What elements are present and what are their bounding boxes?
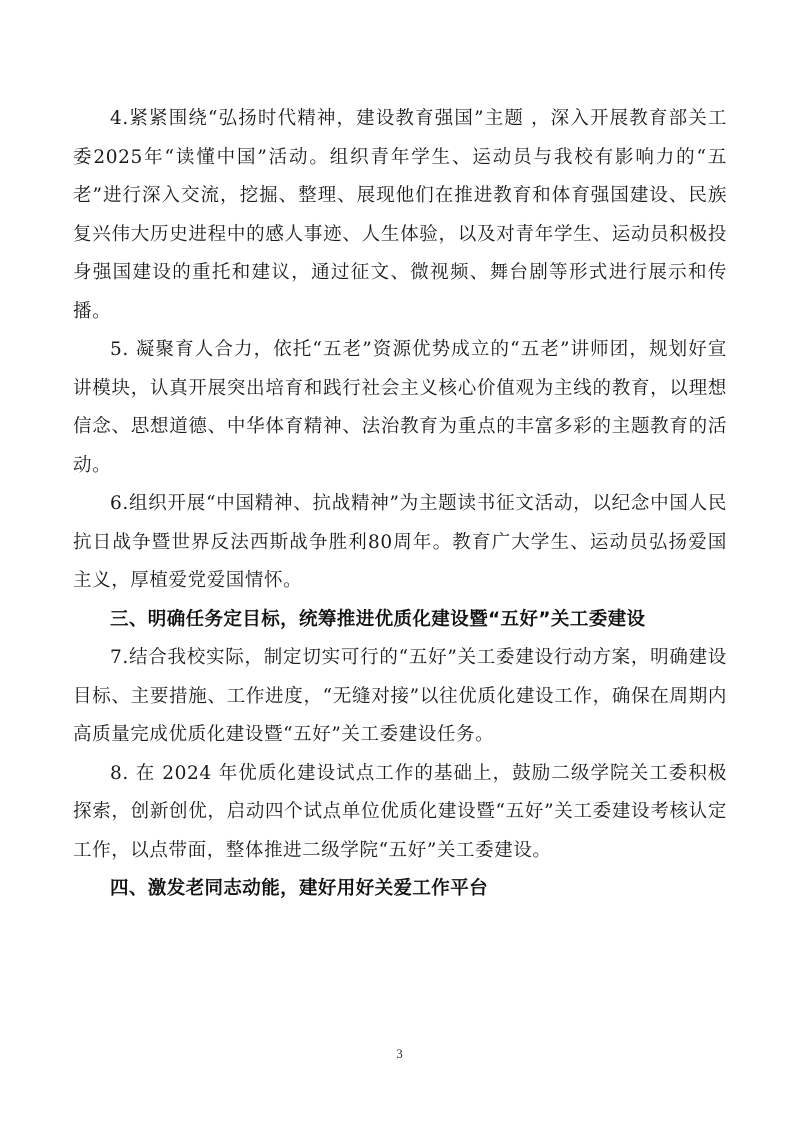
paragraph-item-6: 6.组织开展“中国精神、抗战精神”为主题读书征文活动，以纪念中国人民抗日战争暨世… <box>73 485 727 601</box>
paragraph-item-5: 5. 凝聚育人合力，依托“五老”资源优势成立的“五老”讲师团，规划好宣讲模块，认… <box>73 331 727 485</box>
paragraph-item-7: 7.结合我校实际，制定切实可行的“五好”关工委建设行动方案，明确建设目标、主要措… <box>73 639 727 755</box>
page-number: 3 <box>0 1046 799 1062</box>
section-heading-4: 四、激发老同志动能，建好用好关爱工作平台 <box>73 870 727 909</box>
paragraph-item-8: 8. 在 2024 年优质化建设试点工作的基础上，鼓励二级学院关工委积极探索，创… <box>73 755 727 871</box>
paragraph-item-4: 4.紧紧围绕“弘扬时代精神，建设教育强国”主题 ，深入开展教育部关工委2025年… <box>73 100 727 331</box>
document-page: 4.紧紧围绕“弘扬时代精神，建设教育强国”主题 ，深入开展教育部关工委2025年… <box>73 100 727 909</box>
section-heading-3: 三、明确任务定目标，统筹推进优质化建设暨“五好”关工委建设 <box>73 601 727 640</box>
